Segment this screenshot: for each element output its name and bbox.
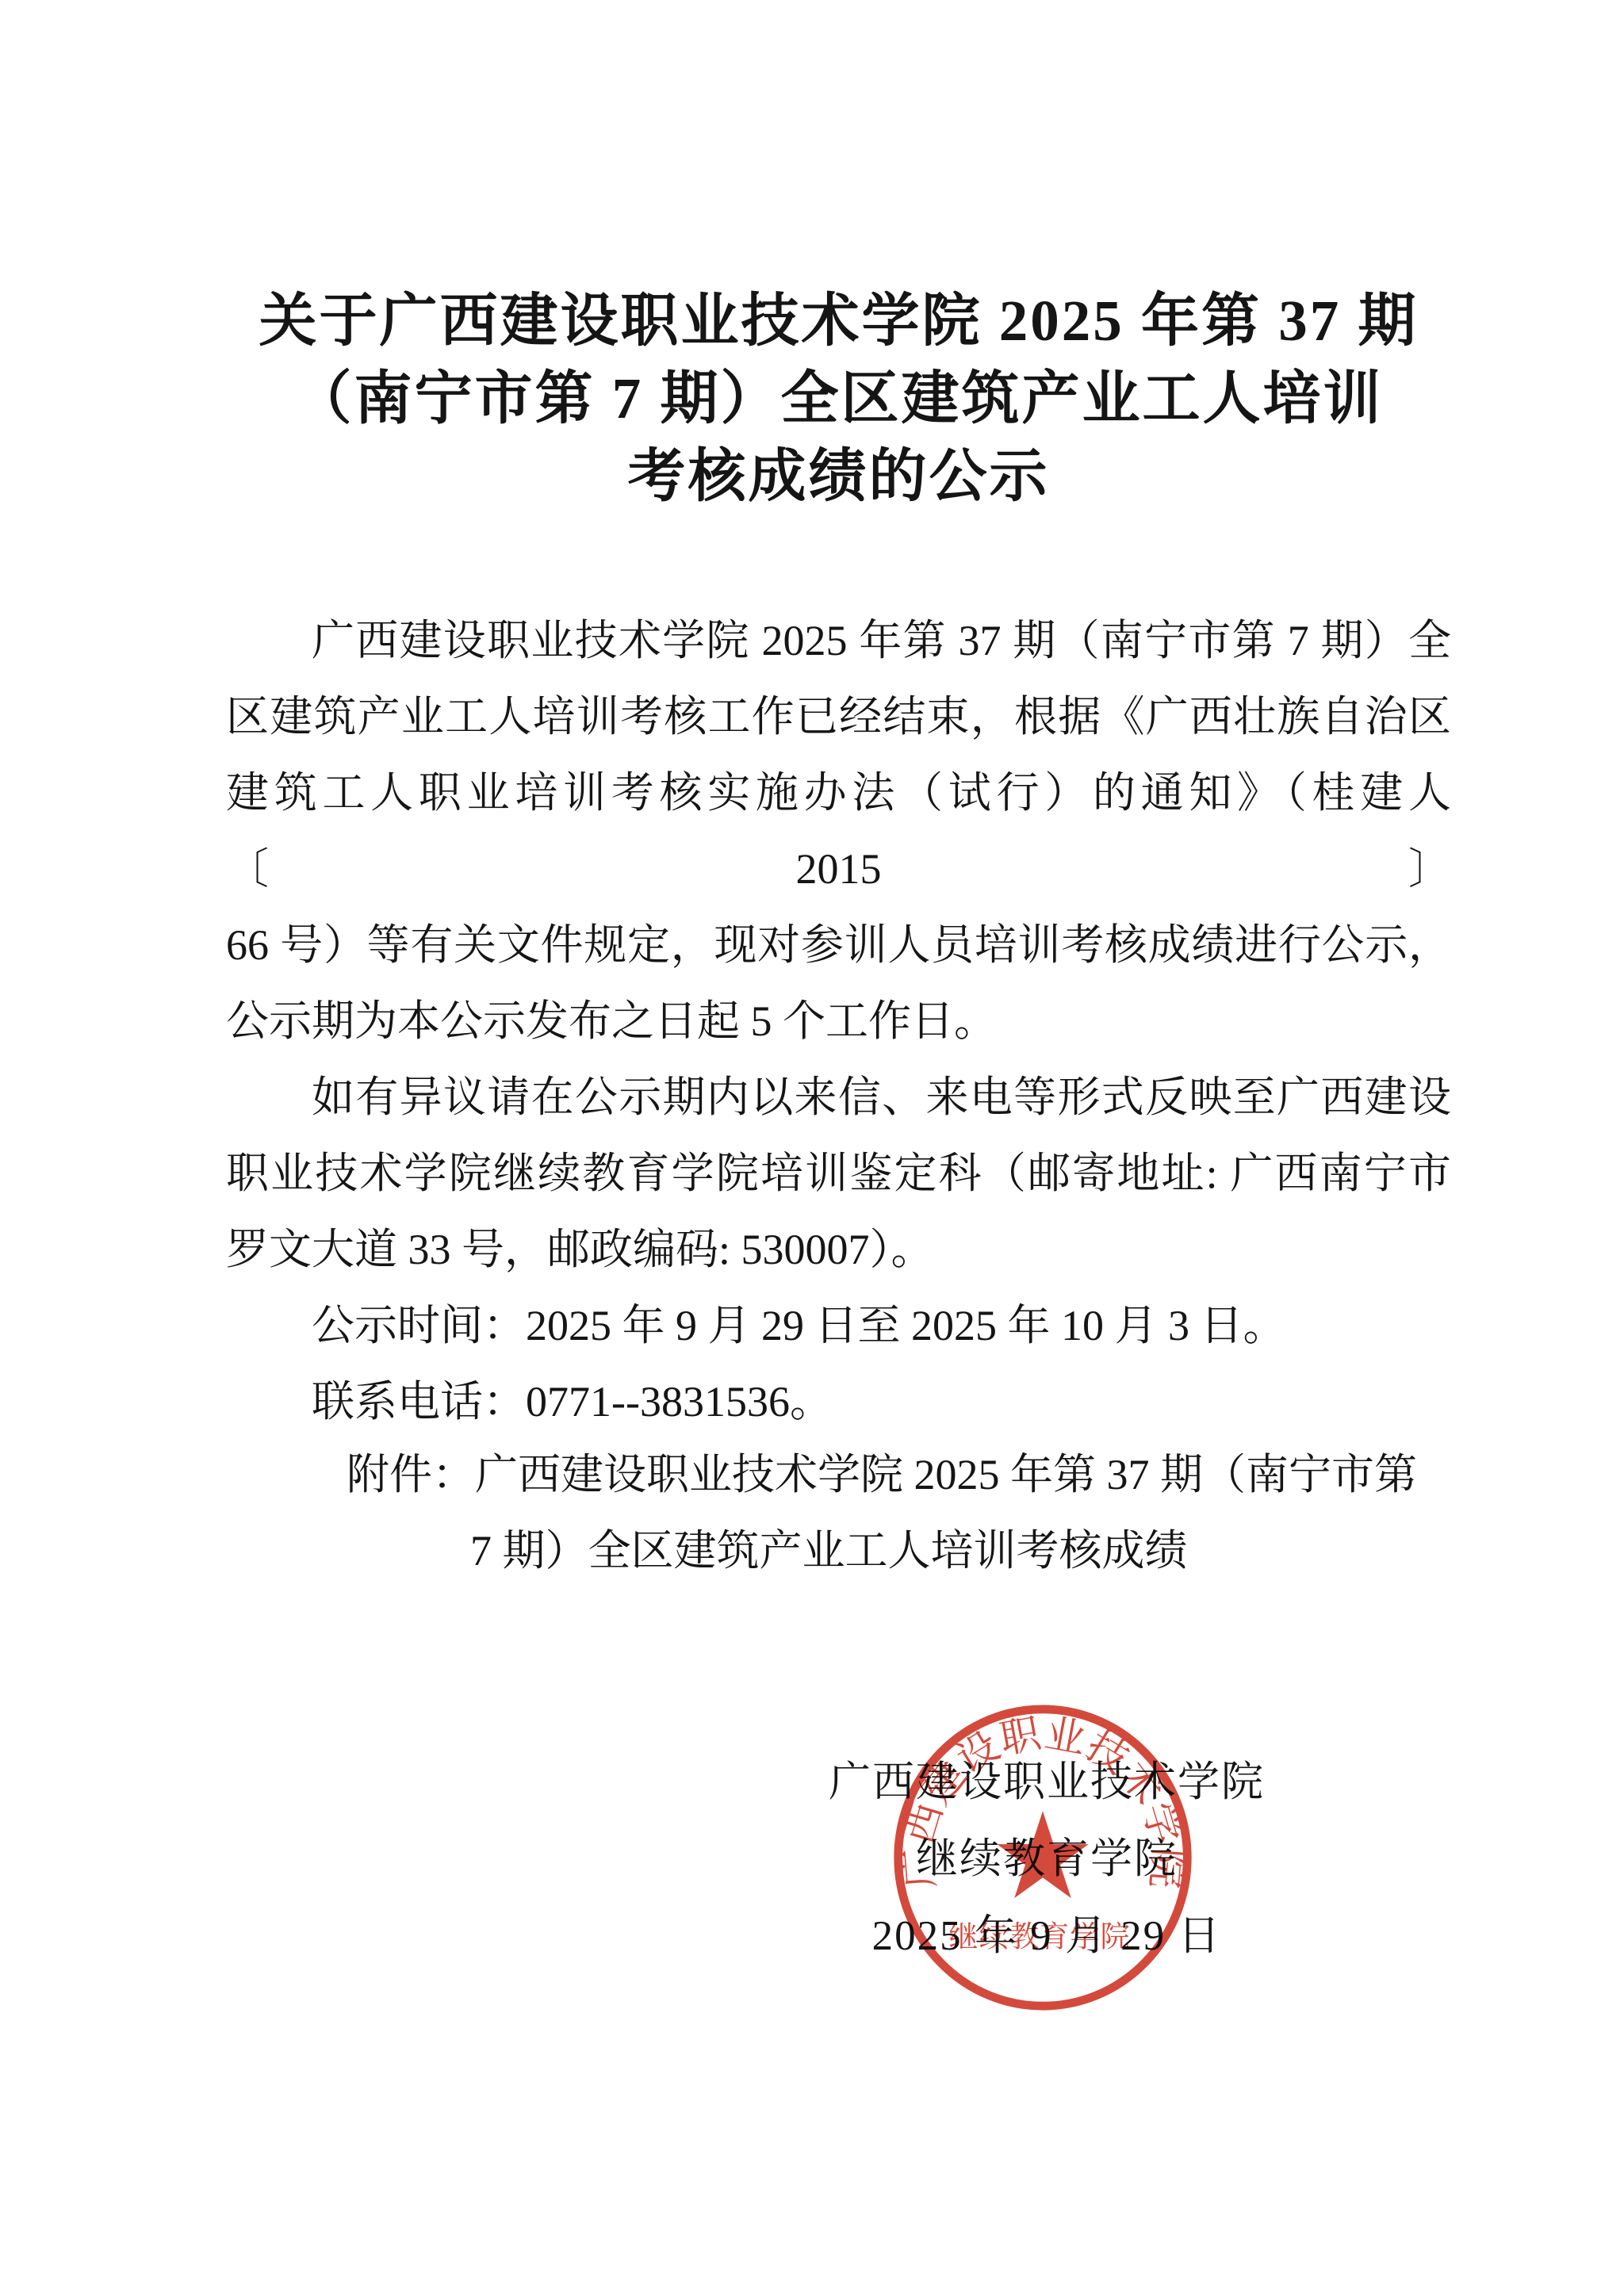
seal-star-icon	[997, 1811, 1088, 1898]
body-line-8: 罗文大道 33 号，邮政编码: 530007）。	[226, 1211, 1451, 1288]
body-line-2: 区建筑产业工人培训考核工作已经结束，根据《广西壮族自治区	[226, 679, 1451, 755]
document-title: 关于广西建设职业技术学院 2025 年第 37 期 （南宁市第 7 期）全区建筑…	[226, 282, 1451, 515]
body-line-6: 如有异议请在公示期内以来信、来电等形式反映至广西建设	[226, 1059, 1451, 1135]
seal-center-text: 继续教育学院	[948, 1921, 1130, 1954]
attachment-note: 附件：广西建设职业技术学院 2025 年第 37 期（南宁市第7 期）全区建筑产…	[226, 1437, 1451, 1589]
body-line-4: 66 号）等有关文件规定，现对参训人员培训考核成绩进行公示，	[226, 907, 1451, 983]
body-line-7: 职业技术学院继续教育学院培训鉴定科（邮寄地址: 广西南宁市	[226, 1135, 1451, 1211]
document-body: 广西建设职业技术学院 2025 年第 37 期（南宁市第 7 期）全区建筑产业工…	[226, 603, 1451, 1440]
official-seal: 广西建设职业技术学院 继续教育学院	[887, 1701, 1198, 2015]
attachment-line-2: 7 期）全区建筑产业工人培训考核成绩	[226, 1513, 1451, 1589]
attachment-line-1: 附件：广西建设职业技术学院 2025 年第 37 期（南宁市第	[226, 1437, 1451, 1513]
title-line-1: 关于广西建设职业技术学院 2025 年第 37 期	[226, 282, 1451, 360]
body-line-9: 公示时间：2025 年 9 月 29 日至 2025 年 10 月 3 日。	[226, 1288, 1451, 1364]
body-line-5: 公示期为本公示发布之日起 5 个工作日。	[226, 983, 1451, 1059]
title-line-2: （南宁市第 7 期）全区建筑产业工人培训	[226, 360, 1451, 438]
body-line-3: 建筑工人职业培训考核实施办法（试行）的通知》（桂建人〔2015〕	[226, 755, 1451, 907]
body-line-10: 联系电话：0771--3831536。	[226, 1364, 1451, 1440]
title-line-3: 考核成绩的公示	[226, 438, 1451, 515]
document-page: 关于广西建设职业技术学院 2025 年第 37 期 （南宁市第 7 期）全区建筑…	[0, 0, 1624, 2296]
body-line-1: 广西建设职业技术学院 2025 年第 37 期（南宁市第 7 期）全	[226, 603, 1451, 679]
